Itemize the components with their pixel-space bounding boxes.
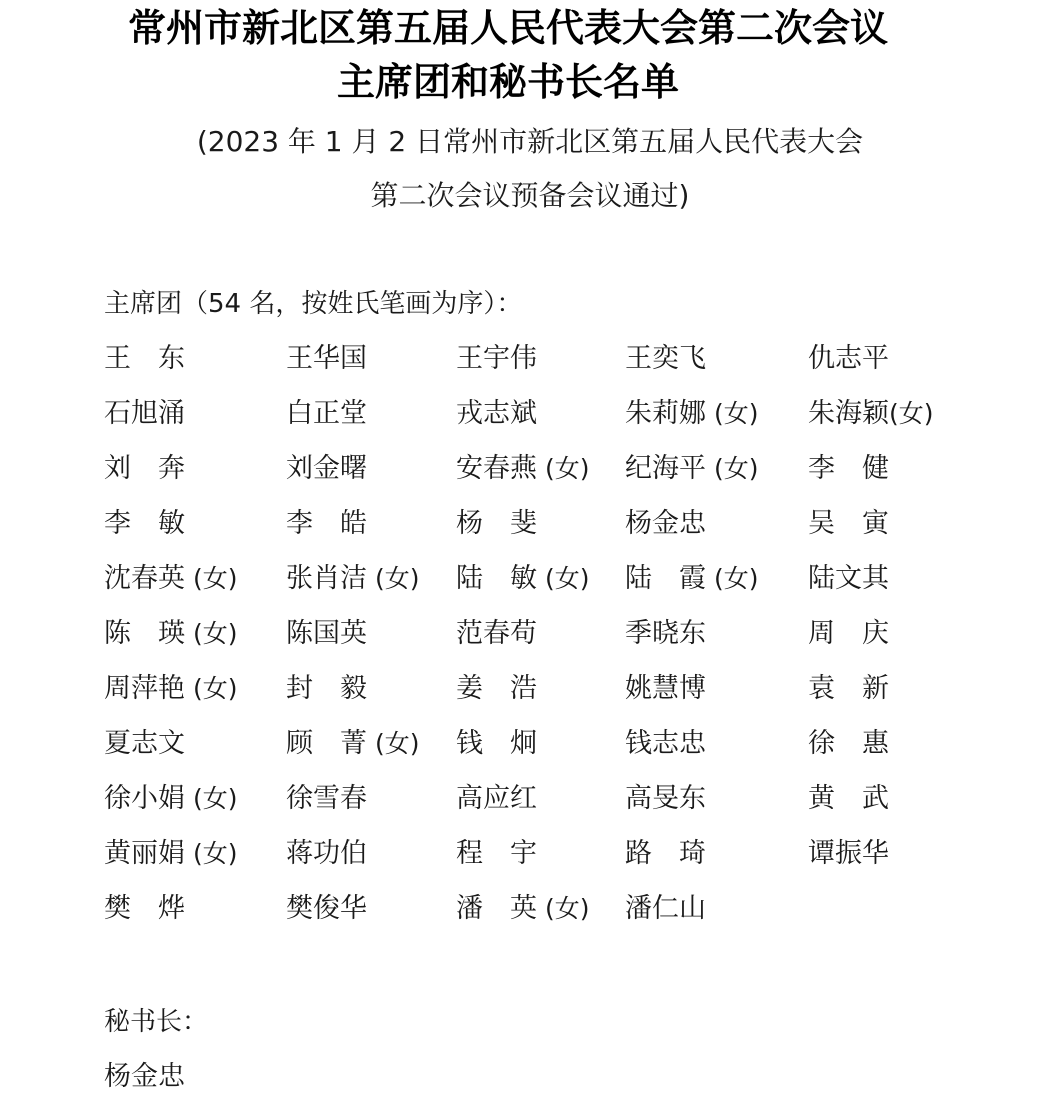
member-name: 高应红 [456, 783, 537, 814]
member-name: 范春苟 [456, 618, 537, 649]
member-name: 李 皓 [286, 508, 367, 539]
member-name: 刘金曙 [286, 453, 367, 484]
member-name: 陆 敏 [456, 563, 537, 594]
member-name: 陈 瑛 [104, 618, 185, 649]
member-entry: 王奕飞 [625, 341, 706, 377]
member-name: 樊 烨 [104, 893, 185, 924]
member-entry: 黄 武 [808, 781, 889, 817]
member-entry: 顾 菁 (女) [286, 726, 419, 762]
member-name: 戎志斌 [456, 398, 537, 429]
member-entry: 黄丽娟 (女) [104, 836, 237, 872]
member-name: 白正堂 [286, 398, 367, 429]
member-entry: 陆 霞 (女) [625, 561, 758, 597]
female-tag: (女) [185, 619, 237, 648]
female-tag: (女) [537, 894, 589, 923]
member-entry: 刘金曙 [286, 451, 367, 487]
member-entry: 王华国 [286, 341, 367, 377]
document-subtitle-line1: (2023 年 1 月 2 日常州市新北区第五届人民代表大会 [0, 124, 1040, 160]
female-tag: (女) [185, 839, 237, 868]
member-entry: 陈 瑛 (女) [104, 616, 237, 652]
member-entry: 陆 敏 (女) [456, 561, 589, 597]
member-name: 朱莉娜 [625, 398, 706, 429]
member-entry: 白正堂 [286, 396, 367, 432]
member-name: 潘仁山 [625, 893, 706, 924]
member-name: 纪海平 [625, 453, 706, 484]
member-entry: 程 宇 [456, 836, 537, 872]
member-name: 季晓东 [625, 618, 706, 649]
member-entry: 王宇伟 [456, 341, 537, 377]
member-name: 陆 霞 [625, 563, 706, 594]
female-tag: (女) [185, 784, 237, 813]
member-entry: 季晓东 [625, 616, 706, 652]
member-name: 姜 浩 [456, 673, 537, 704]
document-title-line1: 常州市新北区第五届人民代表大会第二次会议 [0, 4, 1016, 52]
member-name: 樊俊华 [286, 893, 367, 924]
member-name: 夏志文 [104, 728, 185, 759]
female-tag: (女) [185, 564, 237, 593]
female-tag: (女) [367, 564, 419, 593]
member-entry: 徐 惠 [808, 726, 889, 762]
member-entry: 徐小娟 (女) [104, 781, 237, 817]
member-name: 谭振华 [808, 838, 889, 869]
member-name: 徐雪春 [286, 783, 367, 814]
member-entry: 石旭涌 [104, 396, 185, 432]
member-name: 高旻东 [625, 783, 706, 814]
female-tag: (女) [889, 399, 934, 428]
member-name: 王 东 [104, 343, 185, 374]
member-name: 沈春英 [104, 563, 185, 594]
member-entry: 李 敏 [104, 506, 185, 542]
member-name: 蒋功伯 [286, 838, 367, 869]
member-name: 仇志平 [808, 343, 889, 374]
member-name: 张肖洁 [286, 563, 367, 594]
female-tag: (女) [537, 454, 589, 483]
member-name: 顾 菁 [286, 728, 367, 759]
member-entry: 姜 浩 [456, 671, 537, 707]
member-entry: 李 健 [808, 451, 889, 487]
document-title-line2: 主席团和秘书长名单 [0, 58, 1016, 106]
member-name: 周 庆 [808, 618, 889, 649]
document-subtitle-line2: 第二次会议预备会议通过) [0, 178, 1040, 214]
member-name: 路 琦 [625, 838, 706, 869]
member-entry: 陈国英 [286, 616, 367, 652]
secretary-general-name: 杨金忠 [104, 1060, 185, 1094]
member-entry: 杨 斐 [456, 506, 537, 542]
member-entry: 杨金忠 [625, 506, 706, 542]
member-entry: 封 毅 [286, 671, 367, 707]
member-name: 王奕飞 [625, 343, 706, 374]
member-entry: 刘 奔 [104, 451, 185, 487]
female-tag: (女) [706, 454, 758, 483]
member-name: 王华国 [286, 343, 367, 374]
member-entry: 周 庆 [808, 616, 889, 652]
member-name: 陈国英 [286, 618, 367, 649]
member-entry: 樊 烨 [104, 891, 185, 927]
member-name: 封 毅 [286, 673, 367, 704]
member-entry: 钱志忠 [625, 726, 706, 762]
member-name: 安春燕 [456, 453, 537, 484]
member-name: 潘 英 [456, 893, 537, 924]
member-entry: 安春燕 (女) [456, 451, 589, 487]
member-entry: 潘仁山 [625, 891, 706, 927]
member-entry: 陆文其 [808, 561, 889, 597]
member-name: 袁 新 [808, 673, 889, 704]
member-name: 姚慧博 [625, 673, 706, 704]
member-entry: 樊俊华 [286, 891, 367, 927]
female-tag: (女) [185, 674, 237, 703]
member-entry: 仇志平 [808, 341, 889, 377]
female-tag: (女) [706, 564, 758, 593]
member-name: 钱 炯 [456, 728, 537, 759]
member-entry: 高旻东 [625, 781, 706, 817]
member-entry: 周萍艳 (女) [104, 671, 237, 707]
member-name: 刘 奔 [104, 453, 185, 484]
member-name: 陆文其 [808, 563, 889, 594]
member-name: 黄丽娟 [104, 838, 185, 869]
member-entry: 沈春英 (女) [104, 561, 237, 597]
member-entry: 谭振华 [808, 836, 889, 872]
member-name: 周萍艳 [104, 673, 185, 704]
member-entry: 姚慧博 [625, 671, 706, 707]
member-name: 李 敏 [104, 508, 185, 539]
member-entry: 朱海颖(女) [808, 396, 934, 432]
member-name: 吴 寅 [808, 508, 889, 539]
member-entry: 王 东 [104, 341, 185, 377]
member-name: 徐 惠 [808, 728, 889, 759]
secretary-general-label: 秘书长： [104, 1005, 208, 1039]
member-name: 杨金忠 [625, 508, 706, 539]
female-tag: (女) [706, 399, 758, 428]
member-entry: 夏志文 [104, 726, 185, 762]
member-entry: 张肖洁 (女) [286, 561, 419, 597]
member-entry: 钱 炯 [456, 726, 537, 762]
member-entry: 李 皓 [286, 506, 367, 542]
member-name: 程 宇 [456, 838, 537, 869]
member-entry: 袁 新 [808, 671, 889, 707]
member-entry: 高应红 [456, 781, 537, 817]
member-entry: 范春苟 [456, 616, 537, 652]
female-tag: (女) [367, 729, 419, 758]
member-entry: 吴 寅 [808, 506, 889, 542]
member-name: 朱海颖 [808, 398, 889, 429]
member-name: 黄 武 [808, 783, 889, 814]
member-name: 石旭涌 [104, 398, 185, 429]
member-name: 钱志忠 [625, 728, 706, 759]
member-entry: 路 琦 [625, 836, 706, 872]
member-entry: 戎志斌 [456, 396, 537, 432]
member-entry: 徐雪春 [286, 781, 367, 817]
member-entry: 纪海平 (女) [625, 451, 758, 487]
member-name: 杨 斐 [456, 508, 537, 539]
member-name: 王宇伟 [456, 343, 537, 374]
presidium-section-label: 主席团（54 名，按姓氏笔画为序）： [104, 287, 522, 321]
member-name: 李 健 [808, 453, 889, 484]
member-entry: 朱莉娜 (女) [625, 396, 758, 432]
member-entry: 潘 英 (女) [456, 891, 589, 927]
member-name: 徐小娟 [104, 783, 185, 814]
member-entry: 蒋功伯 [286, 836, 367, 872]
female-tag: (女) [537, 564, 589, 593]
